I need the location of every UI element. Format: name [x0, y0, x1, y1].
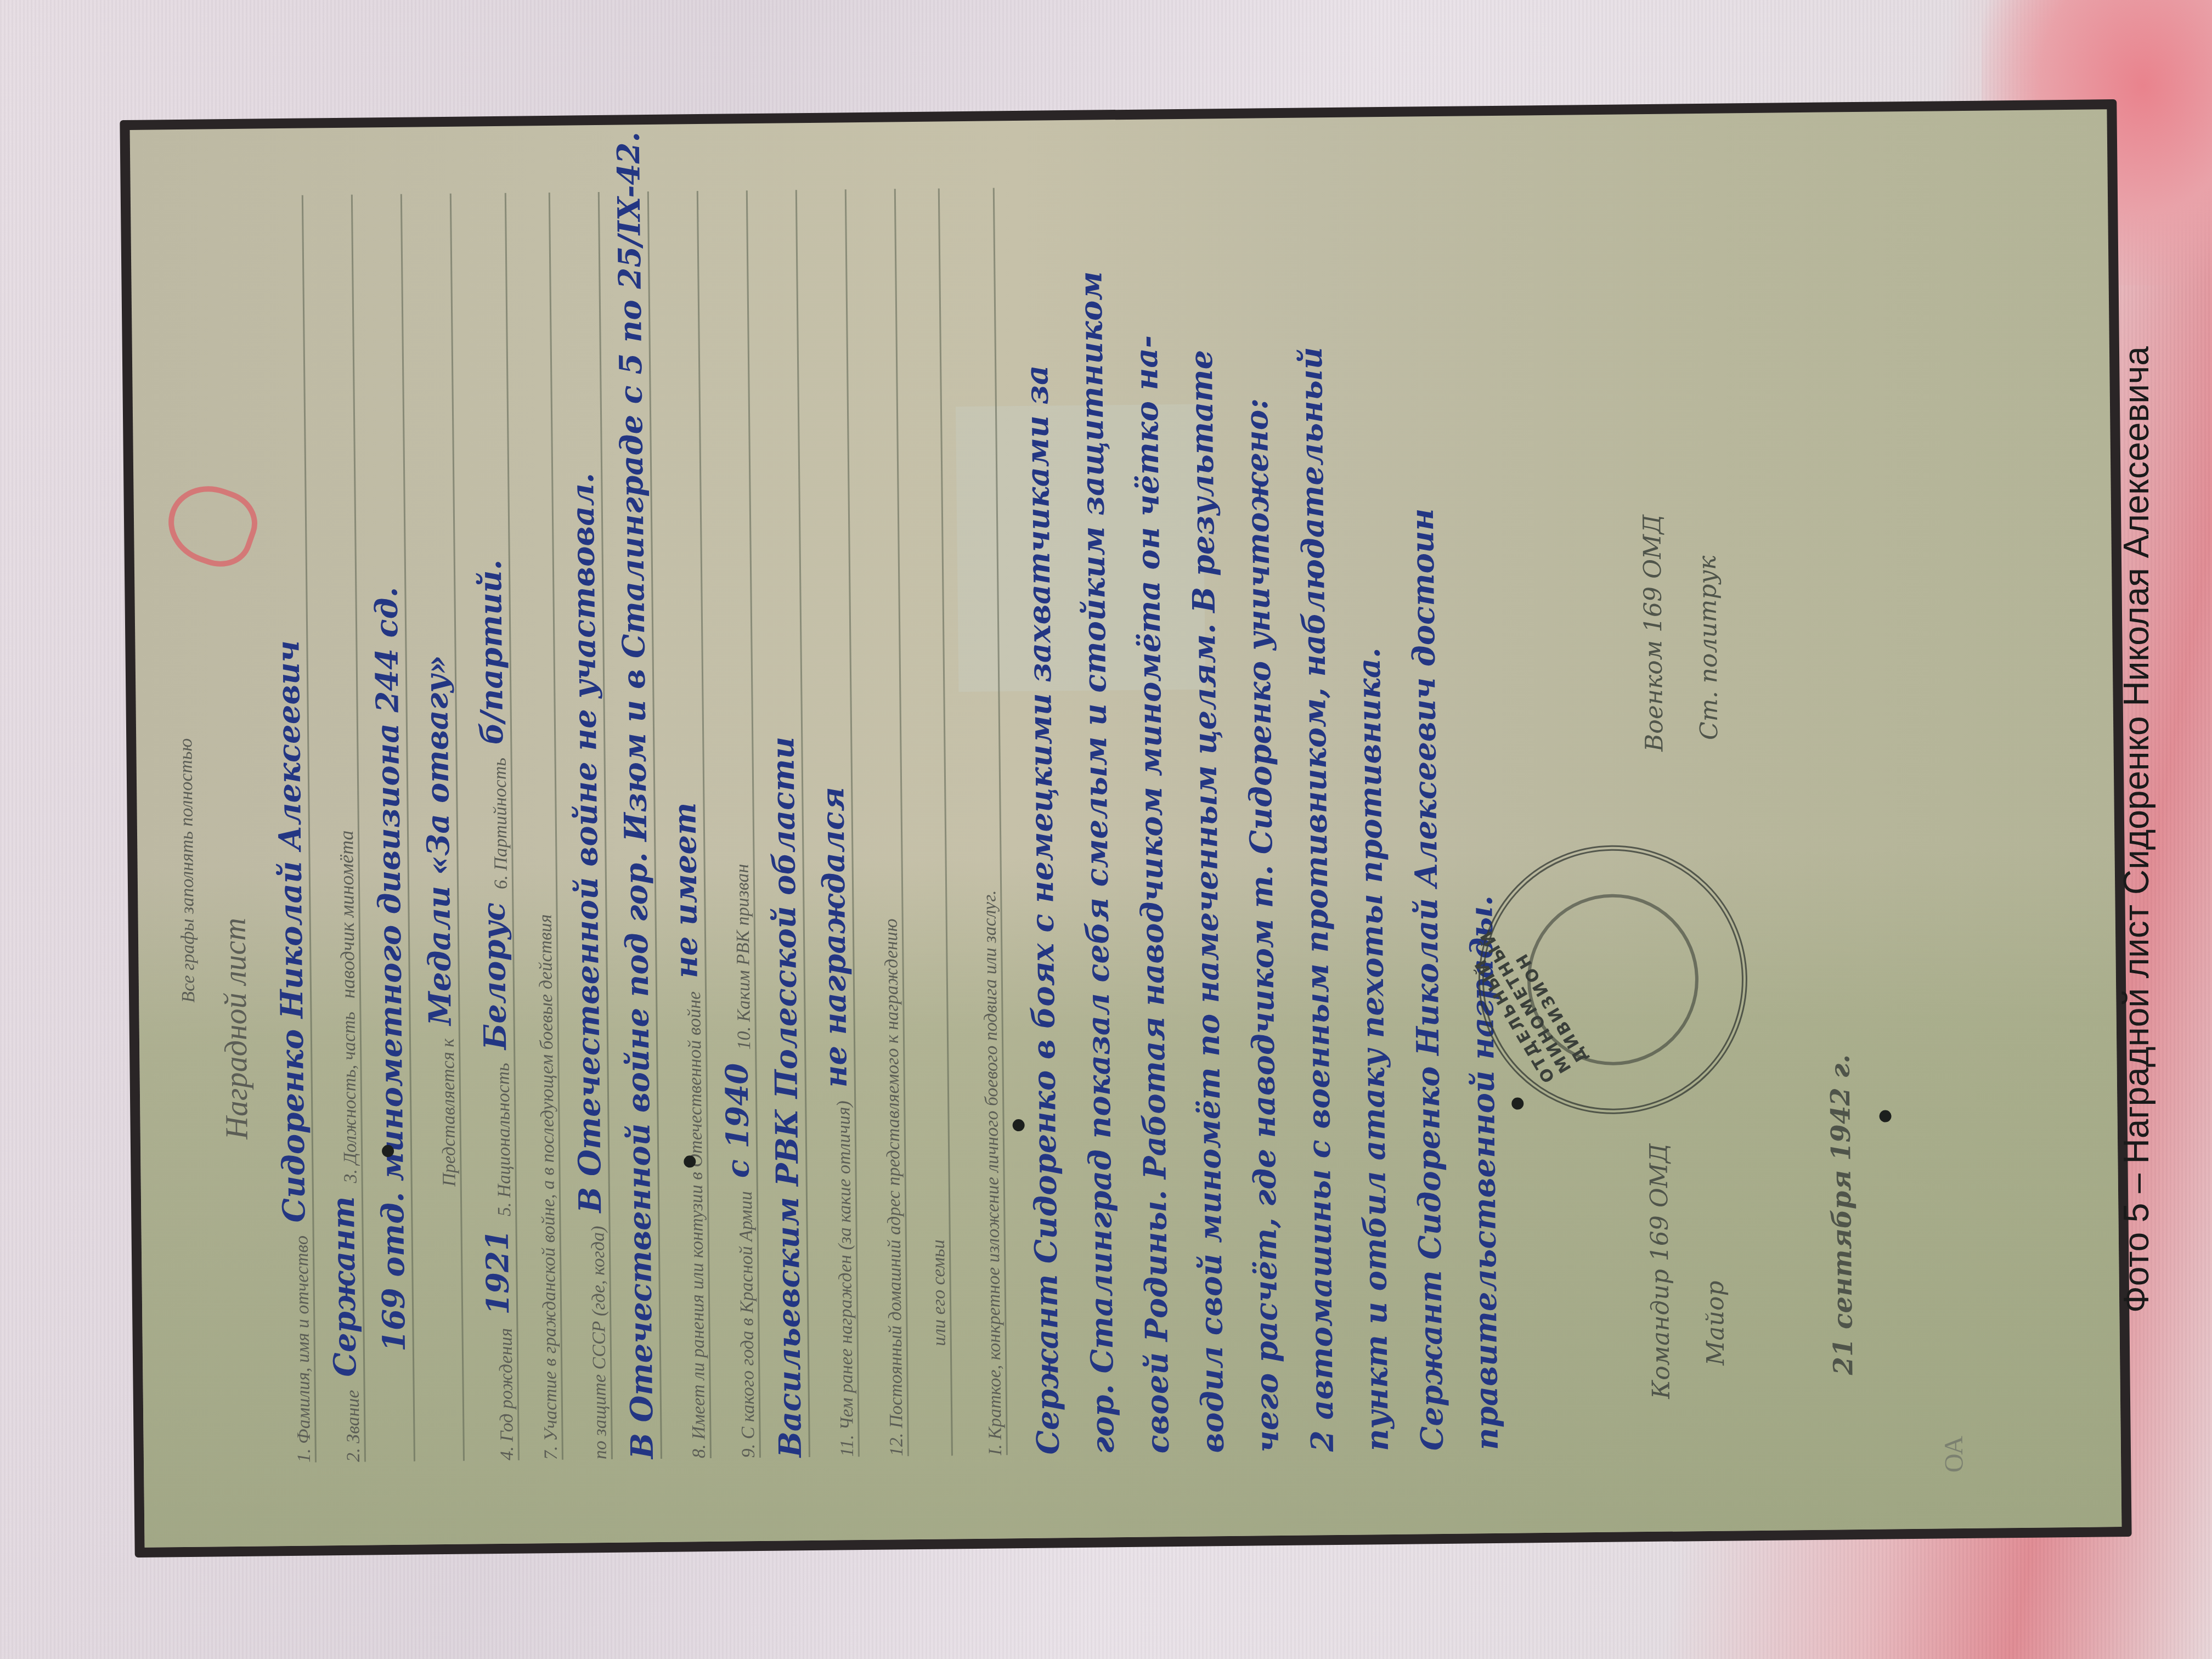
field-value: наводчик миномёта [335, 830, 359, 998]
field-value: 169 отд. минометного дивизиона 244 сд. [368, 587, 413, 1352]
field-value: не награждался [815, 787, 854, 1088]
commissar-label: Военком 169 ОМД [1638, 515, 1669, 752]
field-row-civil-war: 7. Участие в гражданской войне, а в посл… [510, 193, 563, 1460]
field-row-previous-awards: 11. Чем ранее награжден (за какие отличи… [806, 189, 860, 1457]
field-row-birth: 4. Год рождения 1921 5. Национальность Б… [466, 193, 520, 1461]
field-label: Представляется к [438, 1039, 460, 1187]
field-row-rank: 2. Звание Сержант 3. Должность, часть на… [313, 195, 366, 1463]
section-heading-row: I. Краткое, конкретное изложение личного… [955, 188, 1008, 1455]
field-row-service-year: 9. С какого года в Красной Армии с 1940 … [708, 190, 761, 1458]
field-row-defense: по защите СССР (где, когда) В Отечествен… [560, 192, 613, 1460]
photo-frame: Все графы заполнять полностью Наградной … [120, 99, 2131, 1558]
field-row-family: или его семьи [900, 188, 953, 1456]
field-value: б/партий. [472, 560, 511, 745]
field-label: 12. Постоянный домашний адрес представля… [881, 918, 907, 1457]
field-label: или его семьи [928, 1239, 950, 1346]
punch-hole [684, 1155, 696, 1167]
punch-hole [382, 1145, 394, 1157]
award-sheet-document: Все графы заполнять полностью Наградной … [142, 132, 2109, 1524]
top-note: Все графы заполнять полностью [176, 738, 199, 1003]
field-value: Медали «За отвагу» [419, 655, 459, 1026]
official-stamp: ОТДЕЛЬНЫЙ МИНОМЕТНЫЙ ДИВИЗИОН [1477, 844, 1748, 1115]
commander-rank: Майор [1701, 1280, 1730, 1365]
section-heading: I. Краткое, конкретное изложение личного… [979, 890, 1006, 1455]
margin-note: ОА [1939, 1436, 1970, 1473]
field-value: Сержант [325, 1196, 363, 1377]
field-label: 11. Чем ранее награжден (за какие отличи… [833, 1101, 858, 1457]
field-label: 3. Должность, часть [338, 1012, 361, 1183]
field-label: 8. Имеет ли ранения или контузии в Отече… [684, 991, 710, 1459]
field-value: В Отечественной войне не участвовал. [565, 473, 608, 1213]
field-row-wounds: 8. Имеет ли ранения или контузии в Отече… [658, 191, 712, 1459]
feat-description: Сержант Сидоренко в боях с немецкими зах… [998, 183, 1505, 1455]
punch-hole [1879, 1110, 1891, 1122]
red-pencil-mark [157, 475, 266, 576]
field-label: 5. Национальность [493, 1063, 515, 1216]
field-value: с 1940 [719, 1063, 756, 1178]
field-row-name: 1. Фамилия, имя и отчество Сидоренко Ник… [263, 195, 317, 1463]
field-value: 1921 [479, 1229, 517, 1316]
field-row-war-participation: В Отечественной войне под гор. Изюм и в … [609, 191, 662, 1459]
punch-hole [1511, 1097, 1523, 1109]
field-value: Сидоренко Николай Алексеевич [270, 640, 312, 1223]
field-label: 2. Звание [343, 1390, 364, 1462]
field-label: 10. Каким РВК призван [732, 864, 755, 1049]
document-title: Наградной лист [216, 918, 255, 1140]
field-label: 6. Партийность [490, 758, 512, 889]
field-label: 9. С какого года в Красной Армии [736, 1191, 759, 1458]
field-value: В Отечественной войне под гор. Изюм и в … [611, 132, 661, 1459]
award-sheet-paper: Все графы заполнять полностью Наградной … [130, 109, 2122, 1548]
document-date: 21 сентября 1942 г. [1825, 1054, 1859, 1375]
field-label: 4. Год рождения [495, 1328, 518, 1460]
field-value: Васильевским РВК Полесской области [765, 736, 809, 1457]
field-row-rvk: Васильевским РВК Полесской области [757, 190, 810, 1458]
field-value: Белорус [476, 902, 513, 1050]
field-value: не имеет [667, 802, 704, 978]
field-label: по защите СССР (где, когда) [588, 1226, 611, 1459]
photo-caption: Фото 5 – Наградной лист Сидоренко Никола… [2116, 171, 2157, 1488]
commander-label: Командир 169 ОМД [1645, 1143, 1675, 1399]
field-label: 1. Фамилия, имя и отчество [292, 1235, 315, 1463]
punch-hole [1013, 1119, 1025, 1131]
commissar-rank: Ст. политрук [1694, 555, 1724, 740]
field-row-address: 12. Постоянный домашний адрес представля… [856, 189, 909, 1457]
field-label: 7. Участие в гражданской войне, а в посл… [535, 914, 562, 1460]
field-row-unit: 169 отд. минометного дивизиона 244 сд. [362, 194, 415, 1462]
field-row-award: Представляется к Медали «За отвагу» [411, 194, 465, 1462]
